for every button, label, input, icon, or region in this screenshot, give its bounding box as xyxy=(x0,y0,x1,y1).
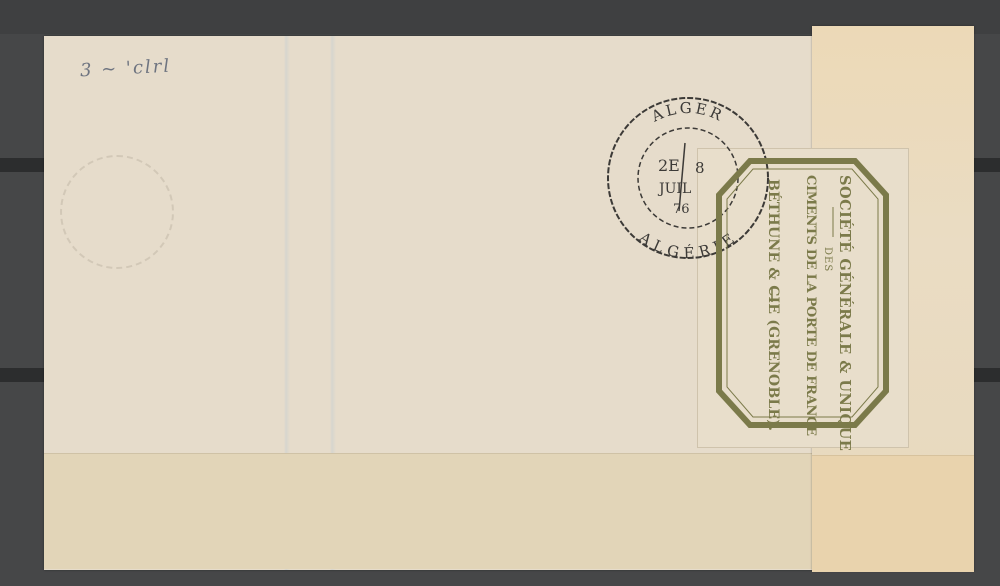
postmark-year: 76 xyxy=(673,202,690,217)
label-line-ciments: CIMENTS DE LA PORTE DE FRANCE xyxy=(803,175,818,436)
label-line-societe: SOCIÉTÉ GÉNÉRALE & UNIQUE xyxy=(836,175,853,451)
label-line-des: DES xyxy=(822,247,833,272)
postmark-month: JUIL xyxy=(657,181,691,197)
label-line-bethune: BÉTHUNE & CIE (GRENOBLE). xyxy=(765,179,781,431)
cover-bottom-flap xyxy=(44,453,814,569)
company-label: SOCIÉTÉ GÉNÉRALE & UNIQUE DES CIMENTS DE… xyxy=(715,157,890,429)
faint-offset-postmark xyxy=(60,155,174,269)
cover-right-flap-lower xyxy=(812,455,974,572)
postmark-hour: 2E xyxy=(658,156,680,175)
postmark-day: 8 xyxy=(695,159,705,177)
